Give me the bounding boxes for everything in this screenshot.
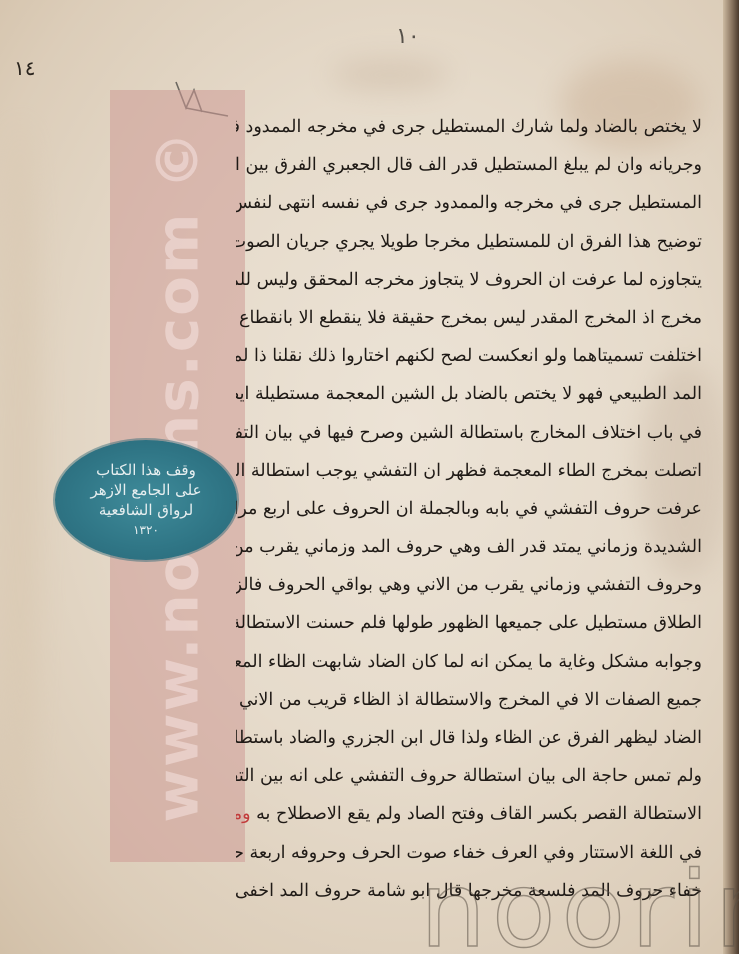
text-line: يتجاوزه لما عرفت ان الحروف لا يتجاوز مخر…	[236, 261, 702, 299]
rubric-heading: ومنها الاخفاء	[236, 804, 251, 824]
seal-line: وقف هذا الكتاب	[96, 460, 196, 480]
margin-mark: ١٠	[396, 24, 420, 49]
text-line: لا يختص بالضاد ولما شارك المستطيل جرى في…	[236, 108, 702, 146]
paper-stain	[330, 60, 450, 90]
seal-line: لرواق الشافعية	[99, 500, 193, 520]
text-line: الضاد ليظهر الفرق عن الظاء ولذا قال ابن …	[236, 719, 702, 757]
seal-year: ١٣٢٠	[133, 520, 159, 540]
text-line-with-rubric: الاستطالة القصر بكسر القاف وفتح الصاد ول…	[236, 795, 702, 833]
text-line: اختلفت تسميتاهما ولو انعكست لصح لكنهم اخ…	[236, 337, 702, 375]
text-line: ولم تمس حاجة الى بيان استطالة حروف التفش…	[236, 757, 702, 795]
text-line: الشديدة وزماني يمتد قدر الف وهي حروف الم…	[236, 528, 702, 566]
watermark-bottom: noorin	[420, 858, 739, 954]
paper-stain	[0, 120, 40, 820]
text-line: في باب اختلاف المخارج باستطالة الشين وصر…	[236, 414, 702, 452]
text-line: المد الطبيعي فهو لا يختص بالضاد بل الشين…	[236, 375, 702, 413]
text-line: توضيح هذا الفرق ان للمستطيل مخرجا طويلا …	[236, 223, 702, 261]
seal-line: على الجامع الازهر	[90, 480, 201, 500]
text-segment: الاستطالة القصر بكسر القاف وفتح الصاد ول…	[256, 804, 702, 824]
text-line: وحروف التفشي وزماني يقرب من الاني وهي بو…	[236, 566, 702, 604]
text-line: اتصلت بمخرج الطاء المعجمة فظهر ان التفشي…	[236, 452, 702, 490]
text-line: الطلاق مستطيل على جميعها الظهور طولها فل…	[236, 604, 702, 642]
waqf-seal: وقف هذا الكتاب على الجامع الازهر لرواق ا…	[55, 440, 237, 560]
page-binding-edge	[723, 0, 739, 954]
folio-number: ١٤	[14, 56, 35, 80]
text-line: المستطيل جرى في مخرجه والممدود جرى في نف…	[236, 184, 702, 222]
text-line: جميع الصفات الا في المخرج والاستطالة اذ …	[236, 681, 702, 719]
text-line: عرفت حروف التفشي في بابه وبالجملة ان الح…	[236, 490, 702, 528]
manuscript-text-block: لا يختص بالضاد ولما شارك المستطيل جرى في…	[236, 108, 702, 910]
text-line: وجريانه وان لم يبلغ المستطيل قدر الف قال…	[236, 146, 702, 184]
text-line: وجوابه مشكل وغاية ما يمكن انه لما كان ال…	[236, 643, 702, 681]
text-line: مخرج اذ المخرج المقدر ليس بمخرج حقيقة فل…	[236, 299, 702, 337]
